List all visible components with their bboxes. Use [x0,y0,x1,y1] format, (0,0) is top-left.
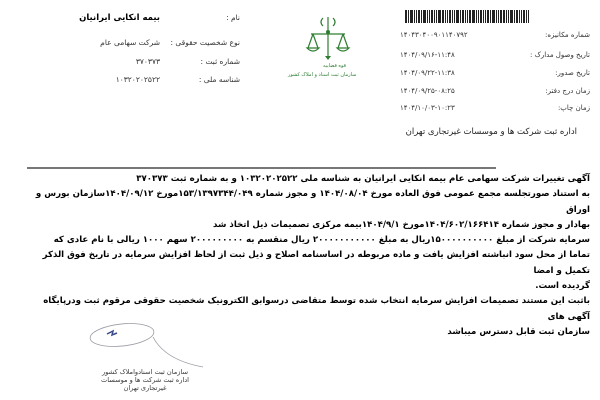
company-name-label: نام : [226,13,240,22]
meta-value: ۱۴۰۴/۰۹/۲۵-۰۸:۲۵ [400,87,455,101]
barcode-bar [405,10,407,23]
barcode-bar [465,10,466,23]
barcode-bar [438,10,441,23]
barcode-bar [414,10,415,23]
barcode-bar [408,10,409,23]
meta-row-print-time: زمان چاپ: ۱۴۰۴/۱۰/۰۳-۱۰:۲۳ [400,104,590,118]
announcement-line: آگهی تغییرات شرکت سهامی عام بیمه انکایی … [30,172,590,187]
barcode-bar [498,10,499,23]
barcode-bar [427,10,428,23]
barcode-bar [431,10,433,23]
entity-type-value: شرکت سهامی عام [100,38,160,47]
meta-row-register-time: زمان درج دفتر: ۱۴۰۴/۰۹/۲۵-۰۸:۲۵ [400,87,590,101]
barcode-bar [442,10,444,23]
barcode-bar [478,10,479,23]
barcode-bar [449,10,451,23]
barcode-bar [472,10,475,23]
barcode [405,10,561,23]
barcode-bar [418,10,420,23]
barcode-bar [462,10,464,23]
barcode-bar [476,10,477,23]
signature-caption: سازمان ثبت اسنادواملاک کشور اداره ثبت شر… [90,368,200,392]
announcement-line: گردیده است. [30,279,590,294]
meta-row-issue-date: تاریخ صدور: ۱۴۰۴/۰۹/۲۲-۱۱:۳۸ [400,69,590,83]
barcode-bar [521,10,522,23]
meta-label: زمان درج دفتر: [545,87,590,101]
office-title: اداره ثبت شرکت ها و موسسات غیرتجاری تهرا… [406,127,577,137]
national-id-label: شناسه ملی : [199,75,240,84]
registration-number-row: شماره ثبت : ۳۷۰۳۷۳ [80,57,240,71]
barcode-bar [492,10,495,23]
meta-value: ۱۴۰۴/۰۹/۲۲-۱۱:۳۸ [400,69,455,83]
entity-type-label: نوع شخصیت حقوقی : [170,38,240,47]
barcode-bar [447,10,448,23]
barcode-bar [523,10,525,23]
meta-value: ۱۴۰۴/۱۰/۰۳-۱۰:۲۳ [400,104,455,118]
barcode-bar [452,10,453,23]
barcode-bar [469,10,471,23]
registration-number-label: شماره ثبت : [201,57,240,66]
meta-label: تاریخ صدور: [555,69,590,83]
announcement-line: تماما از محل سود انباشته افزایش یافت و م… [30,248,590,279]
entity-type-row: نوع شخصیت حقوقی : شرکت سهامی عام [80,38,240,52]
barcode-bar [506,10,507,23]
barcode-bar [410,10,413,23]
meta-row-receipt-date: تاریخ وصول مدارک : ۱۴۰۴/۰۹/۱۶-۱۱:۴۸ [400,51,590,65]
barcode-bar [514,10,515,23]
company-name-value: بیمه انکایی ایرانیان [79,13,160,23]
barcode-bar [503,10,505,23]
barcode-bar [496,10,497,23]
meta-value: ۱۴۰۴۳۰۴۰۰۹۰۱۱۴۰۷۹۲ [400,31,468,45]
judiciary-emblem: قوه قضاییه سازمان ثبت اسناد و املاک کشور [283,8,373,88]
signature-caption-line-1: سازمان ثبت اسنادواملاک کشور [90,368,200,376]
barcode-bar [485,10,486,23]
barcode-bar [423,10,426,23]
barcode-bar [421,10,422,23]
barcode-bar [480,10,482,23]
barcode-bar [416,10,417,23]
barcode-bar [467,10,468,23]
announcement-line: بهادار و مجوز شماره ۱۴۰۴/۶۰۲/۱۶۶۴۱۴مورخ … [30,218,590,233]
signature-stroke-icon [85,315,205,370]
announcement-line: به استناد صورتجلسه مجمع عمومی فوق العاده… [30,187,590,218]
meta-row-mechanized-number: شماره مکانیزه: ۱۴۰۴۳۰۴۰۰۹۰۱۱۴۰۷۹۲ [400,31,590,45]
barcode-bar [460,10,461,23]
company-name-row: نام : بیمه انکایی ایرانیان [80,13,240,27]
national-id-row: شناسه ملی : ۱۰۳۲۰۲۰۲۵۲۲ [80,75,240,89]
announcement-line: سرمایه شرکت از مبلغ ۱۵۰۰۰۰۰۰۰۰۰۰ریال به … [30,233,590,248]
meta-label: شماره مکانیزه: [545,31,590,45]
meta-value: ۱۴۰۴/۰۹/۱۶-۱۱:۴۸ [400,51,455,65]
barcode-bar [429,10,430,23]
signature-caption-line-2: اداره ثبت شرکت ها و موسسات غیرتجاری تهرا… [90,376,200,392]
meta-label: تاریخ وصول مدارک : [530,51,590,65]
emblem-line-2: سازمان ثبت اسناد و املاک کشور [288,72,356,78]
barcode-bar [500,10,502,23]
barcode-bar [456,10,459,23]
barcode-bar [508,10,509,23]
signature [85,315,205,370]
separator-line [27,167,496,169]
barcode-bar [510,10,513,23]
barcode-bar [490,10,491,23]
barcode-bar [526,10,527,23]
meta-label: زمان چاپ: [558,104,590,118]
national-id-value: ۱۰۳۲۰۲۰۲۵۲۲ [116,75,160,84]
barcode-bar [519,10,520,23]
barcode-bar [516,10,518,23]
barcode-bar [434,10,435,23]
barcode-bar [436,10,437,23]
barcode-bar [487,10,489,23]
barcode-bar [445,10,446,23]
registration-number-value: ۳۷۰۳۷۳ [136,57,160,66]
barcode-bar [528,10,529,23]
barcode-bar [483,10,484,23]
emblem-line-1: قوه قضاییه [323,63,346,69]
barcode-bar [454,10,455,23]
